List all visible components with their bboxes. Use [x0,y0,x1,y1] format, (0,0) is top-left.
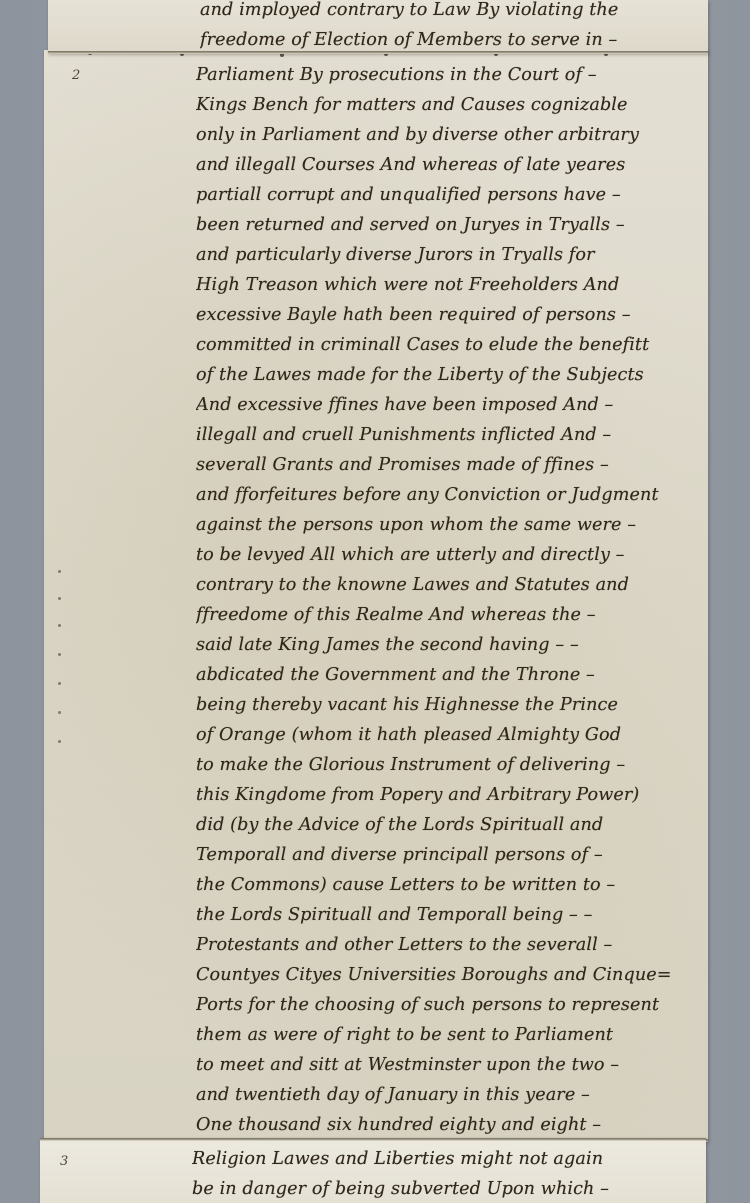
pricking-mark [58,682,61,685]
manuscript-line: ffreedome of this Realme And whereas the… [196,600,700,630]
manuscript-line: And excessive ffines have been imposed A… [196,390,700,420]
manuscript-line: to meet and sitt at Westminster upon the… [196,1050,700,1080]
manuscript-line: One thousand six hundred eighty and eigh… [196,1110,700,1140]
manuscript-line: Ports for the choosing of such persons t… [196,990,700,1020]
manuscript-lines-top: and imployed contrary to Law By violatin… [200,0,700,55]
manuscript-lines-bottom: Religion Lawes and Liberties might not a… [192,1144,698,1203]
membrane-number: 3 [60,1154,68,1169]
manuscript-line: of Orange (whom it hath pleased Almighty… [196,720,700,750]
manuscript-line: against the persons upon whom the same w… [196,510,700,540]
manuscript-line: High Treason which were not Freeholders … [196,270,700,300]
manuscript-line: only in Parliament and by diverse other … [196,120,700,150]
manuscript-line: of the Lawes made for the Liberty of the… [196,360,700,390]
manuscript-line: said late King James the second having –… [196,630,700,660]
manuscript-line: and illegall Courses And whereas of late… [196,150,700,180]
manuscript-line: severall Grants and Promises made of ffi… [196,450,700,480]
manuscript-line: this Kingdome from Popery and Arbitrary … [196,780,700,810]
manuscript-line: partiall corrupt and unqualified persons… [196,180,700,210]
parchment-membrane-top: and imployed contrary to Law By violatin… [48,0,708,54]
manuscript-line: to be levyed All which are utterly and d… [196,540,700,570]
manuscript-line: contrary to the knowne Lawes and Statute… [196,570,700,600]
pricking-mark [58,624,61,627]
pricking-mark [58,740,61,743]
manuscript-line: Religion Lawes and Liberties might not a… [192,1144,698,1174]
membrane-seam [40,1138,706,1141]
manuscript-lines-main: Parliament By prosecutions in the Court … [196,60,700,1170]
manuscript-line: excessive Bayle hath been required of pe… [196,300,700,330]
manuscript-line: and imployed contrary to Law By violatin… [200,0,700,25]
manuscript-line: Kings Bench for matters and Causes cogni… [196,90,700,120]
parchment-membrane-main: 2 Parliament By prosecutions in the Cour… [44,50,708,1142]
pricking-mark [58,597,61,600]
manuscript-line: and particularly diverse Jurors in Tryal… [196,240,700,270]
manuscript-line: be in danger of being subverted Upon whi… [192,1174,698,1203]
manuscript-line: being thereby vacant his Highnesse the P… [196,690,700,720]
manuscript-line: and twentieth day of January in this yea… [196,1080,700,1110]
manuscript-line: the Lords Spirituall and Temporall being… [196,900,700,930]
manuscript-line: Countyes Cityes Universities Boroughs an… [196,960,700,990]
manuscript-line: illegall and cruell Punishments inflicte… [196,420,700,450]
membrane-seam [48,51,708,54]
pricking-mark [58,711,61,714]
membrane-number: 2 [72,68,80,83]
manuscript-line: been returned and served on Juryes in Tr… [196,210,700,240]
pricking-mark [58,570,61,573]
parchment-membrane-bottom: 3 Religion Lawes and Liberties might not… [40,1138,706,1203]
manuscript-line: abdicated the Government and the Throne … [196,660,700,690]
manuscript-line: them as were of right to be sent to Parl… [196,1020,700,1050]
manuscript-line: the Commons) cause Letters to be written… [196,870,700,900]
manuscript-line: to make the Glorious Instrument of deliv… [196,750,700,780]
pricking-mark [58,653,61,656]
manuscript-line: committed in criminall Cases to elude th… [196,330,700,360]
manuscript-line: and fforfeitures before any Conviction o… [196,480,700,510]
manuscript-line: Parliament By prosecutions in the Court … [196,60,700,90]
manuscript-line: Protestants and other Letters to the sev… [196,930,700,960]
manuscript-line: Temporall and diverse principall persons… [196,840,700,870]
manuscript-line: did (by the Advice of the Lords Spiritua… [196,810,700,840]
